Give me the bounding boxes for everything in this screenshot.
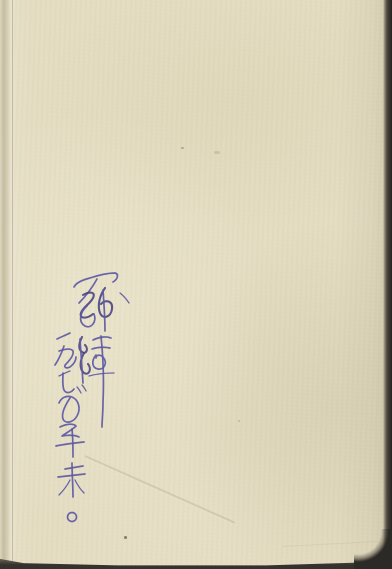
page-corner-shadow — [354, 529, 392, 569]
signature-character-1 — [74, 273, 129, 331]
book-page-scan — [0, 0, 392, 569]
signature-character-2 — [79, 336, 114, 427]
handwritten-inscription — [0, 0, 392, 569]
period-mark — [68, 513, 77, 522]
scan-right-border — [383, 0, 392, 569]
